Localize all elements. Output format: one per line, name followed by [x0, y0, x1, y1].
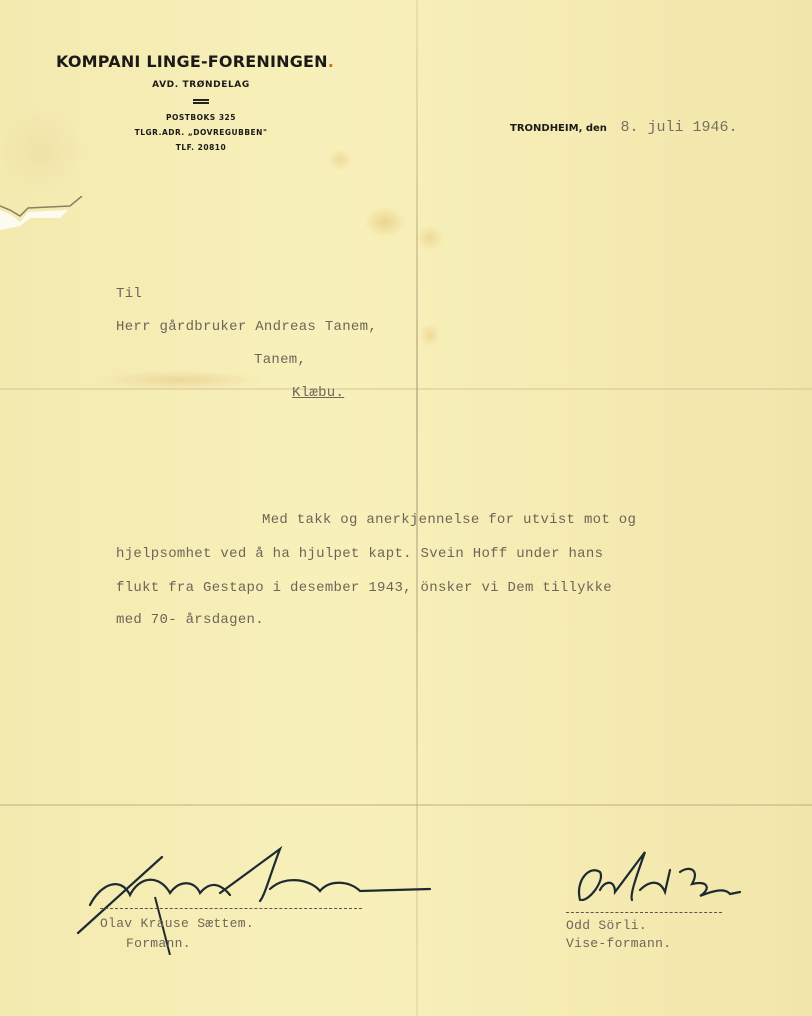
torn-corner-icon	[0, 196, 90, 230]
body-line-3: flukt fra Gestapo i desember 1943, önske…	[116, 580, 612, 596]
postbox: POSTBOKS 325	[56, 110, 346, 125]
salutation: Til	[116, 286, 142, 302]
dateline: TRONDHEIM, den 8. juli 1946.	[510, 118, 738, 136]
phone-number: TLF. 20810	[56, 140, 346, 155]
horizontal-fold-line-upper	[0, 388, 812, 390]
horizontal-fold-line-lower	[0, 804, 812, 806]
organization-name: KOMPANI LINGE-FORENINGEN.	[56, 52, 346, 71]
signature-line-left	[100, 908, 362, 909]
double-rule-divider	[193, 99, 209, 104]
body-line-2: hjelpsomhet ved å ha hjulpet kapt. Svein…	[116, 546, 603, 562]
recipient-place: Klæbu.	[292, 385, 344, 401]
body-line-1: Med takk og anerkjennelse for utvist mot…	[262, 512, 636, 528]
signatory-1-name: Olav Krause Sættem.	[100, 916, 254, 931]
letterhead: KOMPANI LINGE-FORENINGEN. AVD. TRØNDELAG…	[56, 52, 346, 155]
recipient-farm: Tanem,	[254, 352, 306, 368]
signatory-1-title: Formann.	[126, 936, 191, 951]
telegram-address: TLGR.ADR. „DOVREGUBBEN"	[56, 125, 346, 140]
signature-odd-sorli	[560, 850, 760, 910]
signature-line-right	[566, 912, 722, 913]
date-place: TRONDHEIM, den	[510, 123, 607, 134]
body-line-4: med 70- årsdagen.	[116, 612, 264, 628]
department-name: AVD. TRØNDELAG	[56, 80, 346, 90]
recipient-name: Herr gårdbruker Andreas Tanem,	[116, 319, 377, 335]
date-value: 8. juli 1946.	[621, 119, 738, 136]
signatory-2-name: Odd Sörli.	[566, 918, 647, 933]
signatory-2-title: Vise-formann.	[566, 936, 671, 951]
